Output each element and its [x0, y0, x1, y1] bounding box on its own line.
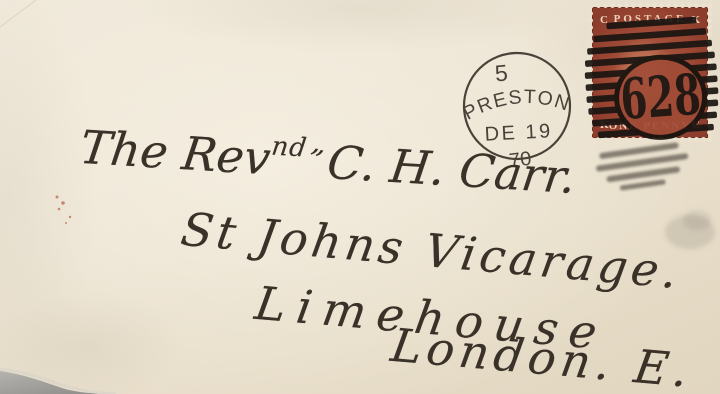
recipient-title-superscript: nd	[270, 132, 309, 164]
postmark-date: DE 19	[484, 120, 553, 146]
speck	[61, 201, 65, 205]
postmark-town: PRESTON	[460, 86, 574, 125]
torn-corner	[0, 369, 118, 394]
recipient-title: The Rev	[77, 120, 274, 185]
stamp-perforation-right	[706, 3, 713, 142]
postmark-time-index: 5	[494, 60, 509, 87]
smudge-bar	[620, 179, 666, 190]
stamp-perforation-top	[588, 2, 712, 9]
paper-crease	[0, 0, 36, 27]
smudge-bar	[596, 153, 689, 172]
stamp-corner-letter-bottom-right: C	[692, 119, 700, 131]
stamp-corner-letter-top-left: C	[600, 14, 608, 26]
smudge-bar	[599, 142, 679, 159]
stamp-corner-letter-top-right: K	[691, 14, 700, 26]
envelope: POSTAGE ONE PENNY C K K C	[0, 0, 720, 394]
penny-red-stamp: POSTAGE ONE PENNY C K K C	[589, 4, 711, 141]
speck	[69, 216, 71, 218]
address-line-recipient: The Revnd”C. H. Carr.	[77, 120, 579, 204]
torn-corner-shadow	[0, 371, 118, 394]
speck	[58, 208, 61, 211]
stamp-corner-letter-bottom-left: K	[600, 119, 609, 131]
stamp-body: POSTAGE ONE PENNY C K K C	[592, 7, 708, 138]
postmark-circle	[464, 53, 570, 159]
speck	[56, 196, 59, 199]
address-line-street: St Johns Vicarage.	[178, 202, 686, 299]
speck	[65, 222, 67, 224]
torn-corner-edge	[0, 369, 116, 394]
recipient-name: C. H. Carr.	[324, 135, 579, 204]
pencil-smudge	[665, 210, 715, 249]
cancel-smudge	[594, 141, 692, 194]
smudge-blob	[683, 210, 711, 230]
red-ink-specks	[56, 196, 72, 225]
stamp-perforation-bottom	[588, 136, 712, 143]
smudge-bar	[606, 166, 680, 182]
stamp-one-penny-label: ONE PENNY	[592, 120, 708, 132]
stamp-perforation-left	[587, 3, 594, 142]
